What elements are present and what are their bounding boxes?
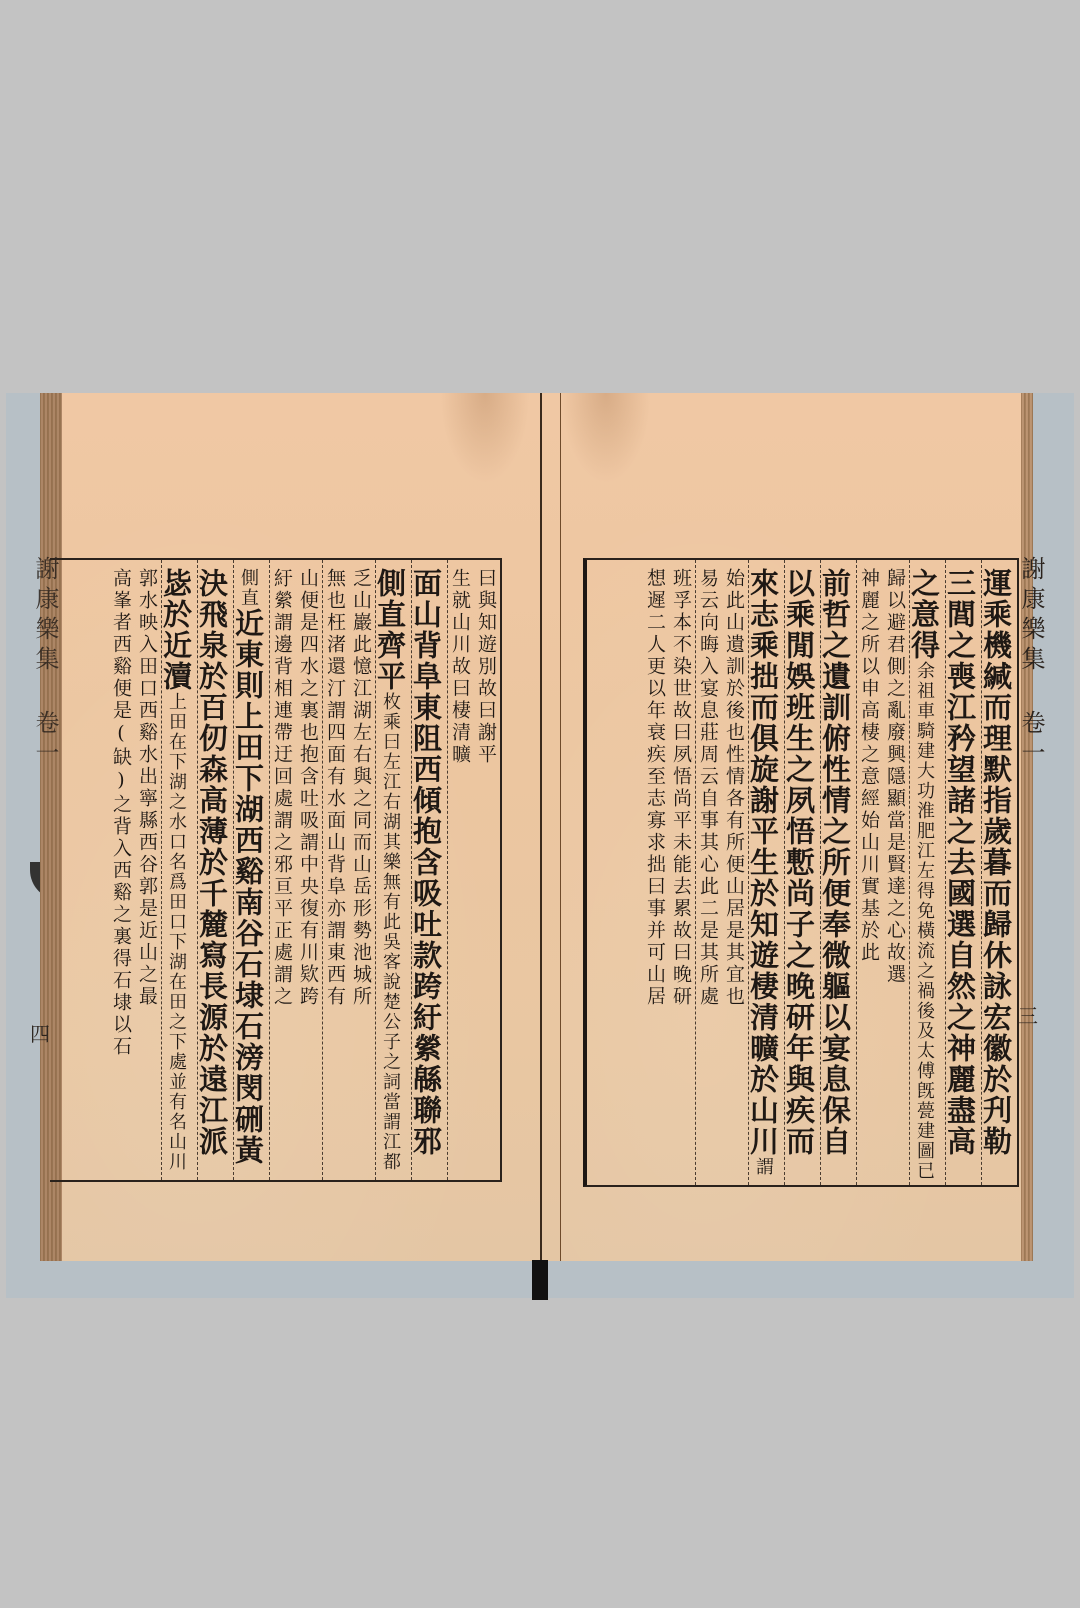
commentary-column: 曰與知遊別故曰謝平 生就山川故曰棲清曠 <box>447 560 500 1180</box>
main-text: 來志乘拙而俱旋謝平生於知遊棲清曠於山川 <box>748 568 780 1157</box>
commentary-line: 生就山川故曰棲清曠 <box>448 568 474 1180</box>
main-text: 近東則上田下湖西谿南谷石埭石滂閔硎黃竹 <box>233 568 265 1166</box>
commentary-column: 山便是四水之裏也抱含吐吸謂中央復有川欵跨 紆縈謂邊背相連帶迂回處謂之邪亘平正處謂… <box>269 560 322 1180</box>
text-column: 之意得余祖車騎建大功淮肥江左得免橫流之禍後及太傅旣甍建圖已輒於是便求解駕東 <box>909 560 945 1185</box>
right-text-block: 運乘機緘而理默指歲暮而歸休詠宏徽於刋勒狹 三閭之喪江矜望諸之去國選自然之神麗盡高… <box>583 558 1019 1187</box>
left-page-number: 四 <box>30 1018 50 1047</box>
text-column: 運乘機緘而理默指歲暮而歸休詠宏徽於刋勒狹 <box>981 560 1017 1185</box>
commentary-line: 想遲二人更以年衰疾至志寡求拙曰事并可山居 <box>643 568 669 1185</box>
commentary-line: 山便是四水之裏也抱含吐吸謂中央復有川欵跨 <box>296 568 322 1180</box>
main-text: 之意得 <box>909 568 941 661</box>
text-column: 毖於近瀆上田在下湖之水口名爲田口下湖在田之下處並有名山川西谿南谷分流谷 <box>161 560 197 1180</box>
commentary-line: 高峯者西谿便是(缺)之背入西谿之裏得石埭以石 <box>109 568 135 1180</box>
commentary-line: 歸以避君側之亂廢興隱顯當是賢達之心故選 <box>883 568 909 1185</box>
commentary-column: 始此山遺訓於後也性情各有所便山居是其宜也 易云向晦入宴息莊周云自事其心此二是其所… <box>695 560 748 1185</box>
commentary-column: 歸以避君側之亂廢興隱顯當是賢達之心故選 神麗之所以申高棲之意經始山川實基於此 <box>856 560 909 1185</box>
commentary-column: 郭水映入田口西谿水出寧縣西谷郭是近山之最 高峯者西谿便是(缺)之背入西谿之裏得石… <box>109 560 161 1180</box>
commentary-line: 神麗之所以申高棲之意經始山川實基於此 <box>857 568 883 1185</box>
commentary-text: 側直 <box>238 568 259 608</box>
right-margin-title: 謝康樂集 卷一 <box>1014 556 1049 770</box>
text-column: 側直齊平枚乘曰左江右湖其樂無有此吳客說楚公子之詞當謂江都之野彼雖有江湖而 <box>375 560 411 1180</box>
book-gutter <box>540 393 542 1298</box>
commentary-column: 班孚本不染世故曰夙悟尚平未能去累故曰晚研 想遲二人更以年衰疾至志寡求拙曰事并可山… <box>643 560 695 1185</box>
commentary-line: 紆縈謂邊背相連帶迂回處謂之邪亘平正處謂之 <box>270 568 296 1180</box>
right-columns: 運乘機緘而理默指歲暮而歸休詠宏徽於刋勒狹 三閭之喪江矜望諸之去國選自然之神麗盡高… <box>587 560 1017 1185</box>
text-column: 決飛泉於百仞森高薄於千麓寫長源於遠江派深 <box>197 560 233 1180</box>
commentary-line: 無也枉渚還汀謂四面有水面山背阜亦謂東西有 <box>323 568 349 1180</box>
main-text: 毖於近瀆 <box>161 568 193 692</box>
water-stain <box>440 393 530 483</box>
commentary-line: 郭水映入田口西谿水出寧縣西谷郭是近山之最 <box>135 568 161 1180</box>
commentary-line: 曰與知遊別故曰謝平 <box>474 568 500 1180</box>
text-column: 側直近東則上田下湖西谿南谷石埭石滂閔硎黃竹 <box>233 560 269 1180</box>
main-text: 側直齊平 <box>375 568 407 692</box>
water-stain <box>561 393 651 483</box>
commentary-line: 班孚本不染世故曰夙悟尚平未能去累故曰晚研 <box>669 568 695 1185</box>
commentary-column: 乏山巖此憶江湖左右與之同而山岳形勢池城所 無也枉渚還汀謂四面有水面山背阜亦謂東西… <box>322 560 375 1180</box>
spine-shadow <box>532 1260 548 1300</box>
commentary-line: 易云向晦入宴息莊周云自事其心此二是其所處 <box>696 568 722 1185</box>
text-column: 面山背阜東阻西傾抱含吸吐款跨紆縈緜聯邪亘 <box>411 560 447 1180</box>
text-column: 前哲之遺訓俯性情之所便奉微軀以宴息保自事 <box>820 560 856 1185</box>
text-column: 以乘閒娛班生之夙悟慙尚子之晚研年與疾而偕 <box>784 560 820 1185</box>
left-text-block: 曰與知遊別故曰謝平 生就山川故曰棲清曠 面山背阜東阻西傾抱含吸吐款跨紆縈緜聯邪亘… <box>50 558 502 1182</box>
text-column: 三閭之喪江矜望諸之去國選自然之神麗盡高棲 <box>945 560 981 1185</box>
left-columns: 曰與知遊別故曰謝平 生就山川故曰棲清曠 面山背阜東阻西傾抱含吸吐款跨紆縈緜聯邪亘… <box>50 560 500 1180</box>
right-page-number: 三 <box>1018 1000 1038 1029</box>
text-column: 來志乘拙而俱旋謝平生於知遊棲清曠於山川謂經 <box>748 560 784 1185</box>
commentary-line: 乏山巖此憶江湖左右與之同而山岳形勢池城所 <box>349 568 375 1180</box>
page-stack-edge-right <box>1021 393 1033 1261</box>
commentary-line: 始此山遺訓於後也性情各有所便山居是其宜也 <box>722 568 748 1185</box>
